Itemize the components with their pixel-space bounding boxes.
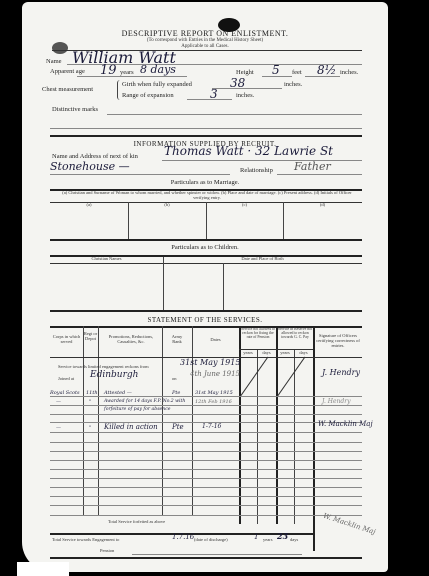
next-of-kin-value: Thomas Watt · 32 Lawrie St bbox=[164, 144, 333, 158]
total-days: 23 bbox=[277, 531, 288, 541]
inches-label: inches. bbox=[340, 69, 358, 76]
marriage-col-d: (d) bbox=[283, 203, 362, 208]
col-header-dates: Dates bbox=[192, 338, 239, 343]
chest-brace bbox=[117, 80, 121, 100]
total-years: 1 bbox=[254, 533, 258, 541]
height-label: Height bbox=[236, 69, 254, 76]
marriage-note: (a) Christian and Surname of Woman to wh… bbox=[62, 191, 352, 201]
name-label: Name bbox=[46, 58, 62, 65]
row-1-rank: Pte bbox=[172, 390, 180, 396]
girth-label: Girth when fully expanded bbox=[122, 81, 192, 88]
col-header-days-2: days bbox=[294, 351, 313, 356]
marriage-col-a: (a) bbox=[50, 203, 128, 208]
age-label: Apparent age bbox=[50, 68, 85, 75]
row-2-date: 12th Feb 1916 bbox=[195, 399, 232, 405]
range-label: Range of expansion bbox=[122, 92, 174, 99]
age-extra: 8 days bbox=[140, 63, 176, 76]
range-inches-label: inches. bbox=[236, 92, 254, 99]
col-header-corps: Corps in which served bbox=[50, 335, 83, 345]
row-3-regt: " bbox=[89, 425, 91, 431]
children-title: Particulars as to Children. bbox=[22, 244, 388, 251]
form-subtitle: (To correspond with Entries in the Medic… bbox=[22, 38, 388, 44]
col-header-promotions: Promotions, Reductions, Casualties, &c. bbox=[100, 335, 162, 345]
next-of-kin-address: Stonehouse — bbox=[50, 160, 130, 173]
row-3-promotion: Killed in action bbox=[104, 423, 158, 431]
relationship-label: Relationship bbox=[240, 167, 273, 174]
children-col-names: Christian Names bbox=[50, 257, 163, 262]
row-3-date: 1-7-16 bbox=[202, 423, 221, 430]
total-engagement-value: 1.7.16 bbox=[172, 533, 194, 541]
years-label: years bbox=[120, 69, 134, 76]
marriage-col-b: (b) bbox=[128, 203, 206, 208]
marriage-title: Particulars as to Marriage. bbox=[22, 179, 388, 186]
col-header-years-1: years bbox=[239, 351, 257, 356]
col-header-army-rank: Army Rank bbox=[170, 335, 184, 345]
row-1-promotion: Attested — bbox=[104, 390, 132, 396]
height-feet: 5 bbox=[272, 63, 280, 77]
distinctive-marks-label: Distinctive marks bbox=[52, 106, 98, 113]
feet-label: feet bbox=[292, 69, 302, 76]
col-header-signature: Signature of Officers certifying correct… bbox=[314, 334, 362, 349]
total-engagement-label: Total Service towards Engagement to bbox=[52, 538, 119, 543]
col-header-reserve: Service in Reserve not allowed to reckon… bbox=[277, 327, 313, 340]
form-title: DESCRIPTIVE REPORT ON ENLISTMENT. bbox=[22, 29, 388, 38]
next-of-kin-label: Name and Address of next of kin bbox=[52, 153, 138, 160]
height-inches: 8½ bbox=[317, 63, 336, 77]
marriage-col-c: (c) bbox=[206, 203, 283, 208]
girth-inches-label: inches. bbox=[284, 81, 302, 88]
total-days-label: days bbox=[290, 538, 298, 543]
joined-date: 4th June 1915 bbox=[190, 370, 240, 378]
signature-2: J. Hendry bbox=[322, 398, 351, 405]
white-patch bbox=[17, 562, 69, 576]
pension-label: Pension bbox=[100, 549, 114, 554]
children-col-birth: Date and Place of Birth bbox=[163, 257, 362, 262]
row-1-regt: 11th bbox=[86, 390, 98, 396]
row-2-promotion: Awarded for 14 days F.P. No.2 with forfe… bbox=[104, 398, 204, 414]
chest-label: Chest measurement bbox=[42, 86, 93, 93]
joined-on-label: on bbox=[172, 377, 177, 382]
joined-value: Edinburgh bbox=[90, 370, 138, 380]
relationship-value: Father bbox=[294, 160, 331, 173]
col-header-regt: Regt or Depot bbox=[83, 332, 98, 342]
row-3-rank: Pte bbox=[172, 423, 184, 431]
total-years-label: years bbox=[263, 538, 273, 543]
row-2-corps: — bbox=[56, 399, 61, 405]
joined-label: Joined at bbox=[58, 377, 74, 382]
col-header-days-1: days bbox=[257, 351, 276, 356]
row-1-date: 31st May 1915 bbox=[195, 390, 233, 396]
services-title: STATEMENT OF THE SERVICES. bbox=[22, 316, 388, 324]
reckons-value: 31st May 1915 bbox=[180, 358, 240, 367]
row-2-regt: " bbox=[89, 399, 91, 405]
enlistment-form-page: DESCRIPTIVE REPORT ON ENLISTMENT. (To co… bbox=[22, 2, 388, 572]
row-1-corps: Royal Scots bbox=[50, 390, 80, 396]
signature-1: J. Hendry bbox=[322, 368, 360, 377]
row-3-corps: — bbox=[56, 425, 61, 431]
discharge-label: (date of discharge) bbox=[194, 538, 228, 543]
col-header-not-allowed: Service not allowed to reckon for fixing… bbox=[240, 327, 276, 340]
signature-3: W. Macklin Maj bbox=[318, 420, 373, 428]
col-header-years-2: years bbox=[276, 351, 294, 356]
total-forfeited-label: Total Service forfeited as above bbox=[108, 520, 165, 525]
